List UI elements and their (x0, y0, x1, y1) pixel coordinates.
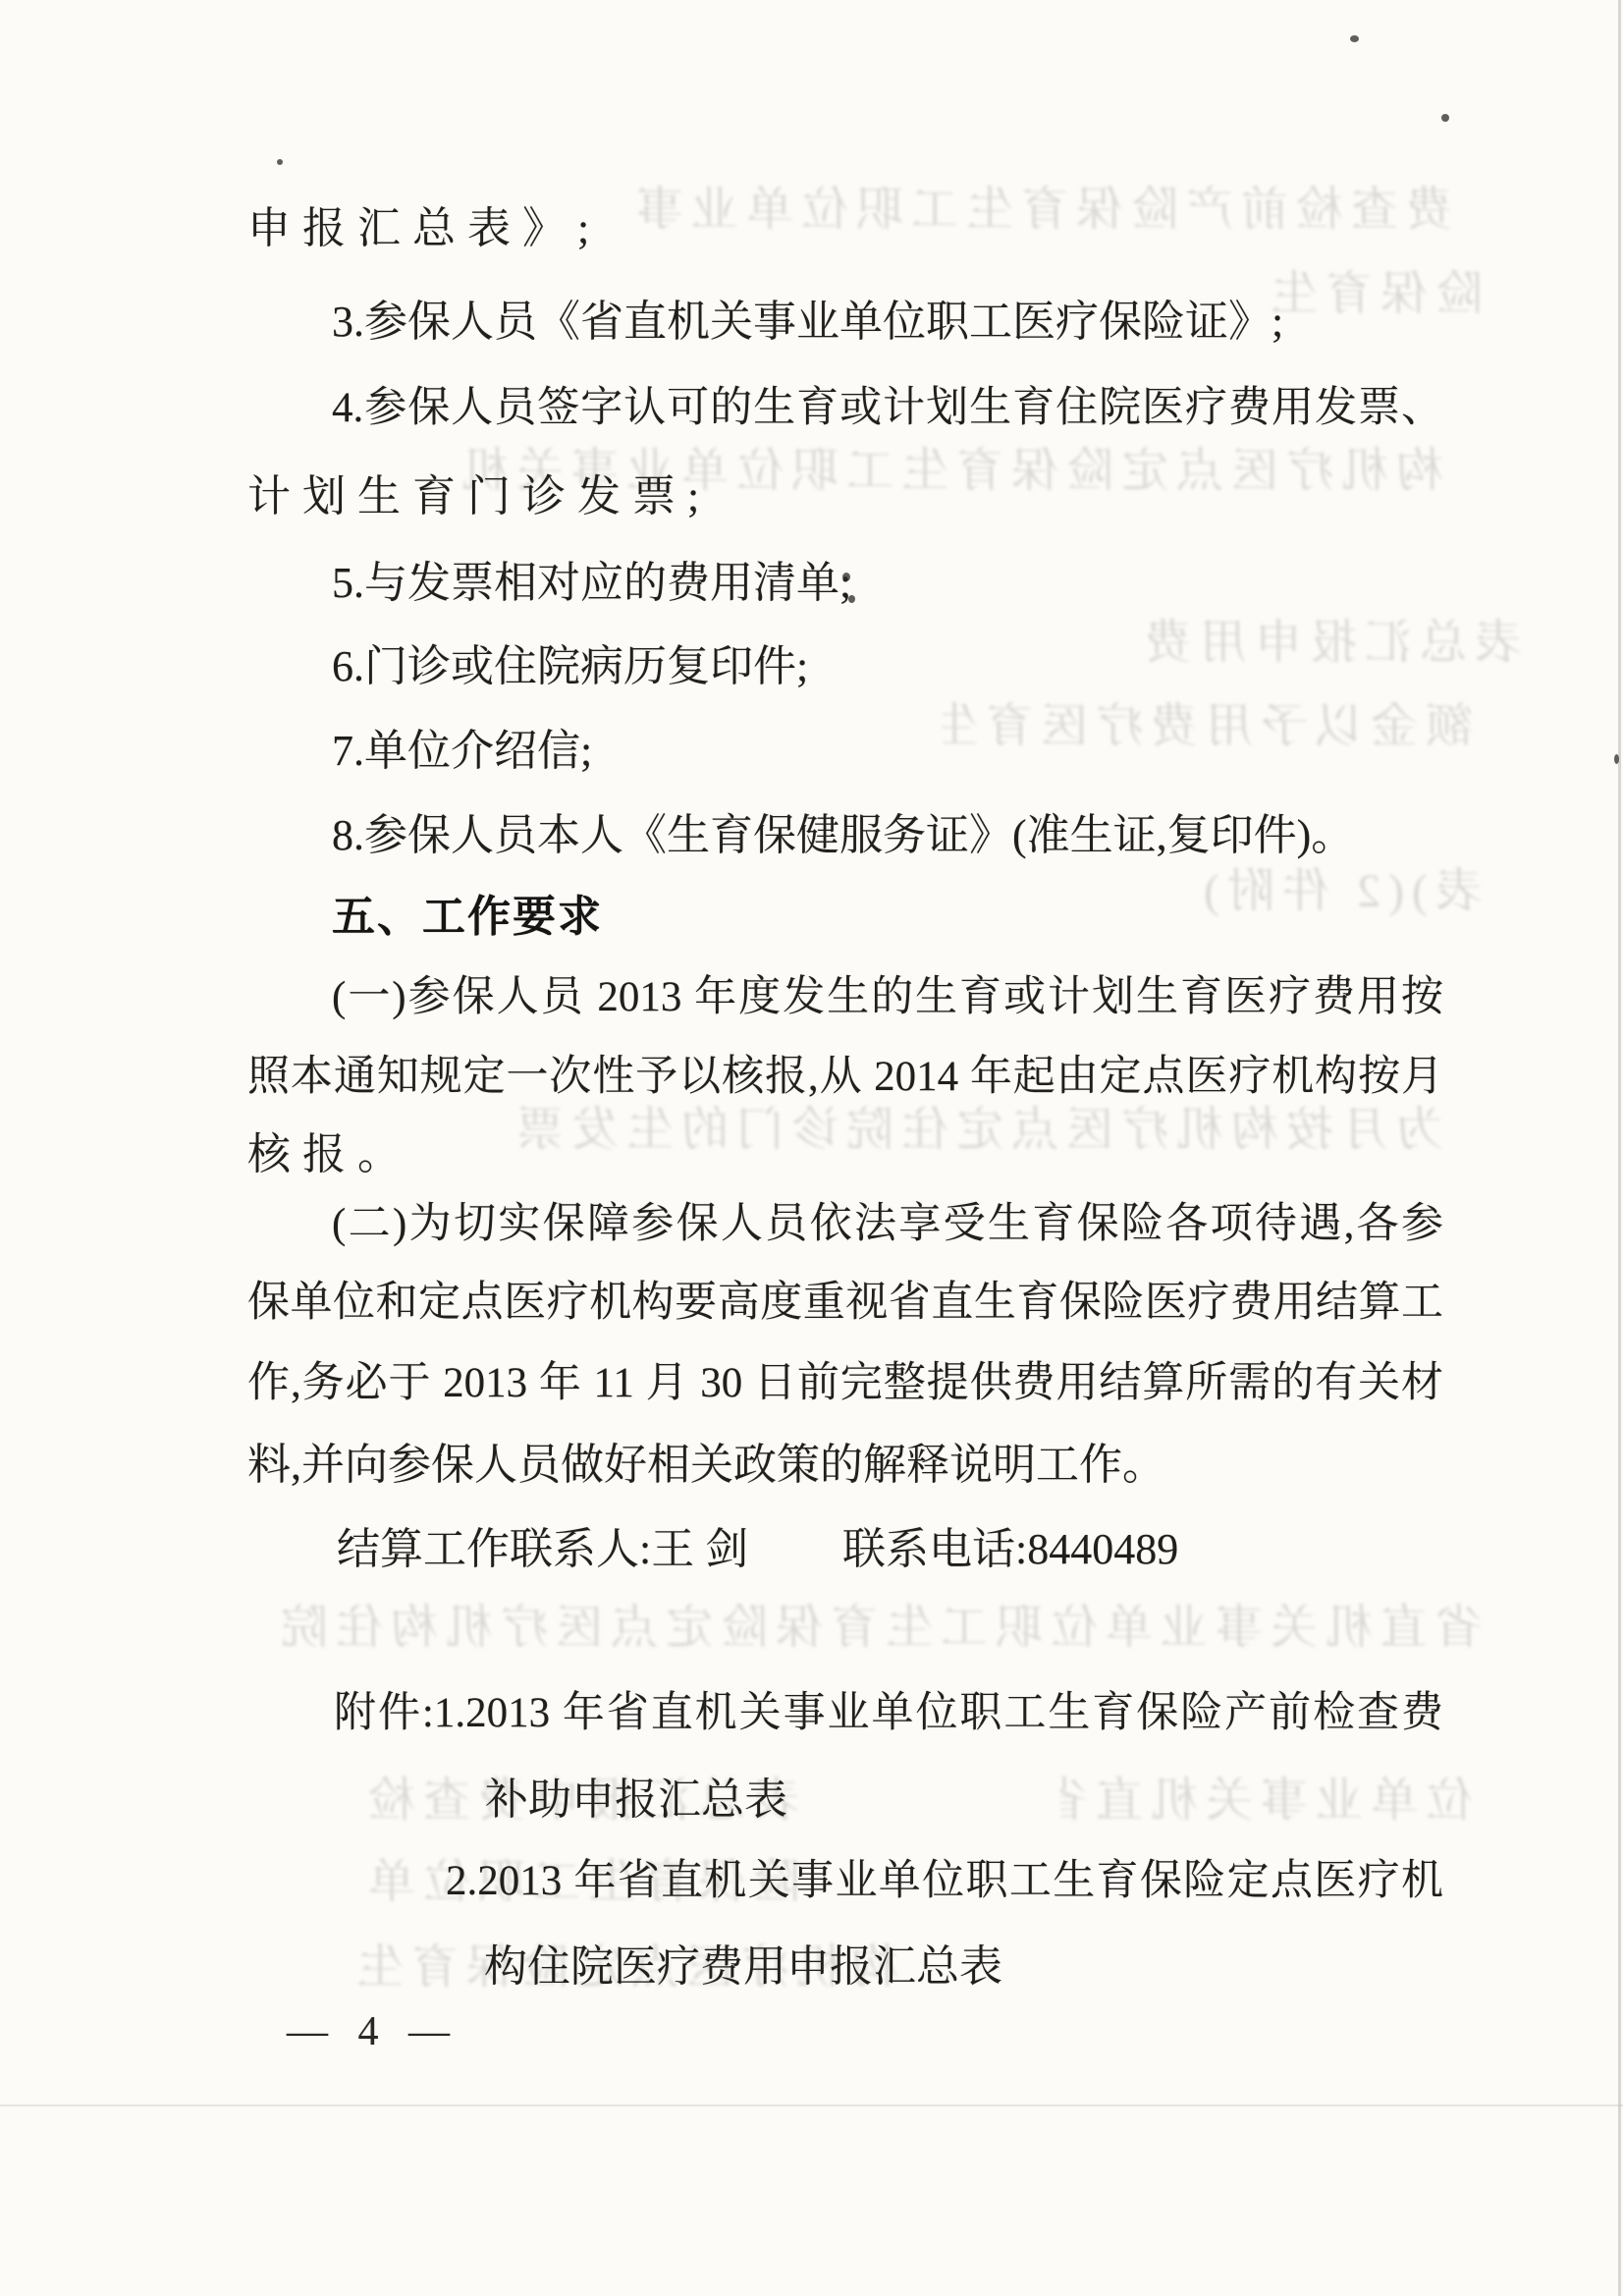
list-item-5: 5.与发票相对应的费用清单; (332, 557, 851, 610)
scan-speck (1441, 114, 1449, 122)
para-2-line-1: (二)为切实保障参保人员依法享受生育保险各项待遇,各参 (332, 1198, 1443, 1251)
bleed-through-text: 表)(2 件附) (1139, 864, 1483, 919)
para-1-line-2: 照本通知规定一次性予以核报,从 2014 年起由定点医疗机构按月 (247, 1051, 1443, 1104)
scan-speck (842, 573, 850, 581)
bleed-through-text: 额金以予用费疗医育生 (943, 699, 1473, 754)
section-heading: 五、工作要求 (332, 891, 603, 944)
scanned-document-page: 费查检前产险保育生工职位单业事险保育生构机疗医点定险保育生工职位单业事关机表总汇… (0, 0, 1623, 2296)
list-item-4: 4.参保人员签字认可的生育或计划生育住院医疗费用发票、 (332, 382, 1443, 435)
para-2-line-4: 料,并向参保人员做好相关政策的解释说明工作。 (247, 1439, 1165, 1492)
scanner-edge-line-bottom (0, 2105, 1623, 2106)
contact-person: 结算工作联系人:王 剑 (337, 1523, 748, 1576)
scan-speck (848, 595, 855, 603)
bleed-through-text: 省直机关事业单位职工生育保险定点医疗机构住院 (255, 1601, 1483, 1656)
list-item-3: 3.参保人员《省直机关事业单位职工医疗保险证》; (332, 296, 1283, 349)
scan-speck (1350, 35, 1359, 42)
list-continuation-line: 申报汇总表》; (247, 202, 601, 255)
scanner-edge-line-right (1618, 0, 1621, 2296)
contact-phone: 联系电话:8440489 (842, 1523, 1178, 1576)
bleed-through-text: 险保育生 (1257, 267, 1483, 322)
scan-speck (277, 159, 283, 165)
attachment-2: 2.2013 年省直机关事业单位职工生育保险定点医疗机 (446, 1855, 1443, 1908)
scan-speck (1614, 754, 1619, 764)
para-1-line-3: 核报。 (247, 1128, 412, 1181)
list-item-8: 8.参保人员本人《生育保健服务证》(准生证,复印件)。 (332, 809, 1354, 862)
bleed-through-text: 费查检前产险保育生工职位单业事 (579, 183, 1453, 238)
para-2-line-2: 保单位和定点医疗机构要高度重视省直生育保险医疗费用结算工 (247, 1277, 1443, 1330)
page-number: — 4 — (287, 2005, 460, 2058)
bleed-through-text: 位单业事关机直省 (1060, 1774, 1473, 1829)
attachment-2-cont: 构住院医疗费用申报汇总表 (484, 1941, 1002, 1994)
list-item-6: 6.门诊或住院病历复印件; (332, 640, 808, 693)
para-1-line-1: (一)参保人员 2013 年度发生的生育或计划生育医疗费用按 (332, 971, 1443, 1024)
list-item-4-cont: 计划生育门诊发票; (247, 470, 711, 523)
list-item-7: 7.单位介绍信; (332, 725, 592, 778)
bleed-through-text: 表总汇报申用费 (1100, 616, 1522, 671)
attachment-1-cont: 补助申报汇总表 (485, 1774, 787, 1827)
bleed-through-text: 为月按构机疗医点定住院诊门的生发票 (461, 1103, 1443, 1158)
attachment-1: 附件:1.2013 年省直机关事业单位职工生育保险产前检查费 (334, 1687, 1443, 1740)
para-2-line-3: 作,务必于 2013 年 11 月 30 日前完整提供费用结算所需的有关材 (247, 1357, 1443, 1410)
